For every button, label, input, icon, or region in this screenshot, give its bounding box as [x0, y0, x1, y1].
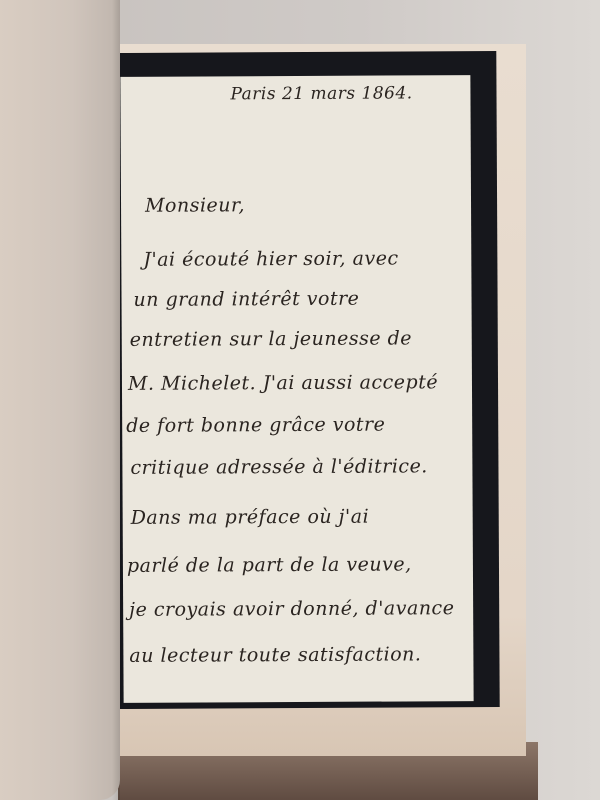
letter-line: de fort bonne grâce votre [126, 414, 385, 437]
letter-line: parlé de la part de la veuve, [127, 553, 412, 576]
letter-line: Dans ma préface où j'ai [131, 506, 370, 529]
letter-line: entretien sur la jeunesse de [130, 327, 412, 350]
letter-line: un grand intérêt votre [133, 288, 359, 311]
letter-salutation: Monsieur, [145, 194, 245, 217]
letter-line: critique adressée à l'éditrice. [130, 455, 428, 479]
letter-line: au lecteur toute satisfaction. [129, 643, 421, 667]
facing-book-page [0, 0, 120, 800]
letter-date: Paris 21 mars 1864. [230, 83, 412, 104]
letter-line: je croyais avoir donné, d'avance [129, 597, 454, 621]
letter-sheet: Paris 21 mars 1864. Monsieur, J'ai écout… [120, 75, 473, 703]
letter-line: M. Michelet. J'ai aussi accepté [128, 371, 438, 395]
letter-line: J'ai écouté hier soir, avec [143, 247, 398, 270]
